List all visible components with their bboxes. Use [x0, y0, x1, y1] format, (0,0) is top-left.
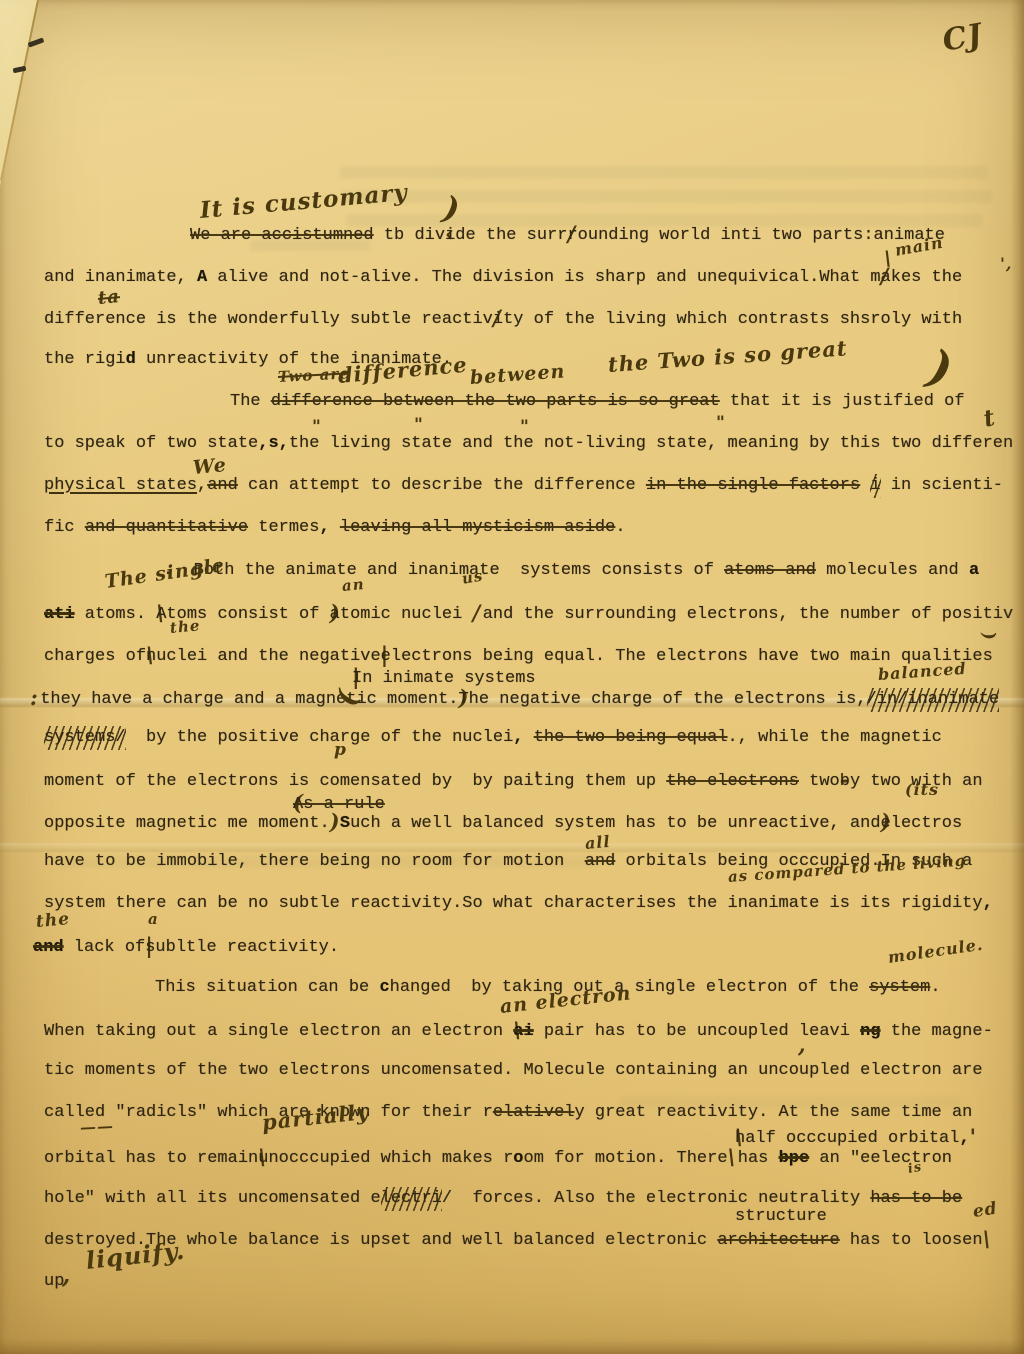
typed-line-17: opposite magnetic me moment.) Such a wel…: [44, 812, 962, 834]
typed-text: two: [799, 772, 840, 791]
handwritten-annotation: ,: [62, 1260, 71, 1289]
typed-line-22: When taking out a single electron an ele…: [44, 1020, 993, 1042]
typed-line-2: and inanimate, A alive and not-alive. Th…: [44, 266, 962, 288]
handwritten-annotation: the: [169, 616, 201, 637]
typed-text: in scienti-: [881, 476, 1003, 495]
handwritten-annotation: is: [907, 1160, 924, 1177]
typed-text: y great reactivity. At the same time an: [575, 1103, 973, 1122]
typed-text: The negative charge of the electrons is,: [458, 690, 866, 709]
typed-text: and: [585, 852, 616, 871]
typed-line-27: hole" with all its uncomensated electri/…: [44, 1189, 962, 1209]
typed-text: ai: [513, 1022, 533, 1041]
typed-text: om for motion. There: [524, 1149, 728, 1168]
typed-line-12: |In inimate systems: [352, 667, 536, 689]
typed-text: ,: [319, 518, 329, 537]
handwritten-annotation: ": [414, 415, 424, 435]
handwritten-annotation: \: [884, 246, 892, 270]
typed-text: c: [379, 978, 389, 997]
bleed-through-text: [340, 166, 988, 179]
typed-text: molecules and: [816, 561, 969, 580]
typed-line-7: physical states,and can attempt to descr…: [44, 476, 1003, 496]
typed-text: an "eelectron: [809, 1149, 952, 1168]
typed-line-25: \half occcupied orbital,': [735, 1127, 970, 1149]
typed-text: /in/inanimate: [867, 690, 1000, 710]
handwritten-annotation: ): [923, 339, 959, 397]
typed-text: akes the: [881, 268, 963, 287]
typed-text: elativel: [493, 1103, 575, 1122]
typed-text: S: [340, 814, 350, 833]
typed-text: i: [870, 476, 880, 496]
typed-text: architecture: [717, 1231, 839, 1250]
handwritten-annotation: ": [312, 417, 322, 437]
typed-text: ., while the magnetic: [728, 728, 942, 747]
typed-text: has to be: [870, 1189, 962, 1208]
typed-text: atoms.: [75, 605, 157, 624]
typed-text: the magne-: [881, 1022, 993, 1041]
typed-text: half occcupied orbital: [735, 1129, 959, 1148]
handwritten-annotation: the: [35, 909, 71, 932]
typed-text: has: [728, 1149, 779, 1168]
handwritten-annotation: ——: [80, 1116, 115, 1137]
handwritten-annotation: t: [981, 404, 998, 433]
handwritten-annotation: ta: [97, 286, 121, 309]
typed-text: alive and not-alive. The division is sha…: [207, 268, 880, 287]
typed-text: bpe: [779, 1149, 810, 1168]
typed-line-8: fic and quantitative termes, leaving all…: [44, 518, 626, 538]
typed-text: When taking out a single electron an ele…: [44, 1022, 513, 1041]
typed-text: . Both the animate and inanimate systems…: [163, 561, 724, 580]
typed-text: to speak of two state: [44, 434, 258, 453]
typed-text: has to loosen: [840, 1231, 983, 1250]
typed-text: leaving all mysticism aside: [340, 518, 615, 537]
typed-text: ,: [513, 728, 523, 747]
typed-line-11: charges of\nuclei and the negative|elect…: [44, 645, 993, 667]
typed-text: and inanimate,: [44, 268, 197, 287]
typed-text: In inimate systems: [352, 669, 536, 688]
typed-text: atomic nuclei: [330, 605, 473, 624]
typed-text: unocccupied which makes r: [258, 1149, 513, 1168]
typed-text: ,: [197, 476, 207, 495]
typed-line-6: to speak of two state,s,the living state…: [44, 434, 1013, 454]
typed-text: [330, 814, 340, 833]
typed-text: [860, 476, 870, 495]
typed-line-19: system there can be no subtle reactivity…: [44, 894, 993, 914]
typed-text: ting them up: [534, 772, 667, 791]
typed-text: nuclei and the negative: [146, 647, 381, 666]
typed-text: a: [969, 561, 979, 580]
corner-mark: CJ: [940, 17, 986, 58]
typed-text: lack of: [64, 938, 146, 957]
typed-text: rounding world inti two parts:animate: [567, 226, 944, 245]
manuscript-page: We are accistumned tb div‹ide the surr/r…: [0, 0, 1024, 1354]
typed-line-13: : they have a charge and a magnetic mome…: [30, 688, 999, 710]
typed-text: ity of the living which contrasts shsrol…: [493, 310, 962, 329]
typed-text: lectri: [381, 1189, 442, 1209]
typed-text: systems/: [44, 728, 126, 748]
handwritten-annotation: between: [469, 360, 566, 389]
typed-text: they have a charge and a magnetic moment…: [30, 690, 458, 709]
typed-text: / forces. Also the electronic neutrality: [442, 1189, 870, 1208]
handwritten-annotation: all: [584, 832, 611, 853]
typed-text: .: [615, 518, 625, 537]
typed-text: o: [513, 1149, 523, 1168]
typed-text: the rigi: [44, 350, 126, 369]
typed-text: ati: [44, 605, 75, 624]
typed-line-14: systems/ by the positive charge of the n…: [44, 728, 942, 748]
typed-text: structure: [735, 1207, 827, 1226]
typed-text: difference is the wonderfully subtle rea…: [44, 310, 493, 329]
handwritten-annotation: molecule.: [887, 935, 985, 967]
handwritten-annotation: ed: [972, 1199, 999, 1222]
typed-text: ,s,: [258, 434, 289, 453]
handwritten-annotation: We: [192, 454, 228, 479]
typed-line-15: moment of the electrons is comensated by…: [44, 770, 983, 792]
typed-text: subltle reactivity.: [145, 938, 339, 957]
typed-text: have to be immobile, there being no room…: [44, 852, 585, 871]
typed-text: charges of: [44, 647, 146, 666]
typed-text: the living state and the not-living stat…: [289, 434, 1013, 453]
typed-text: .: [930, 978, 940, 997]
typed-text: orbital has to remain: [44, 1149, 258, 1168]
typed-text: that it is justified of: [720, 392, 965, 411]
typed-text: [524, 728, 534, 747]
typed-line-1: We are accistumned tb div‹ide the surr/r…: [190, 224, 945, 246]
typed-text: electros: [881, 814, 963, 833]
typed-text: The: [230, 392, 271, 411]
typed-text: ,: [983, 894, 993, 913]
typed-line-28: structure: [735, 1207, 827, 1227]
typed-text: ng: [860, 1022, 880, 1041]
typed-text: physical states: [44, 476, 197, 495]
typed-line-20: and lack of|subltle reactivity.: [33, 936, 339, 958]
typed-text: uch a well balanced system has to be unr…: [350, 814, 881, 833]
typed-text: [330, 518, 340, 537]
typed-text: We are accistumned: [190, 226, 374, 245]
typed-text: tic moments of the two electrons uncomen…: [44, 1061, 983, 1080]
typed-text: and: [33, 938, 64, 957]
handwritten-annotation: ): [978, 630, 999, 642]
handwritten-annotation: the Two is so great: [607, 335, 848, 377]
typed-line-23: tic moments of the two electrons uncomen…: [44, 1061, 983, 1081]
typed-line-9: . Both the animate and inanimate systems…: [163, 561, 979, 581]
typed-line-29: destroyed.The whole balance is upset and…: [44, 1229, 983, 1251]
handwritten-annotation: an: [341, 575, 365, 595]
typed-text: and quantitative: [85, 518, 248, 537]
typed-text: can attempt to describe the difference: [238, 476, 646, 495]
typed-text: d: [126, 350, 136, 369]
bleed-through-text: [342, 190, 992, 203]
handwritten-annotation: ,: [798, 1032, 807, 1058]
typed-text: moment of the electrons is comensated by…: [44, 772, 534, 791]
typed-text: fic: [44, 518, 85, 537]
handwritten-annotation: a: [148, 910, 159, 928]
typed-text: the two being equal: [534, 728, 728, 747]
horizontal-crease: [0, 843, 1024, 852]
typed-text: opposite magnetic me moment.: [44, 814, 330, 833]
handwritten-annotation: us: [460, 566, 484, 587]
page-edge-shadow: [1010, 0, 1024, 1354]
typed-text: ide the surr: [445, 226, 567, 245]
handwritten-annotation: ": [520, 417, 530, 437]
typed-text: system there can be no subtle reactivity…: [44, 894, 983, 913]
typed-text: by the positive charge of the nuclei: [126, 728, 514, 747]
handwritten-annotation: (its: [905, 780, 939, 799]
handwritten-annotation: p: [334, 740, 347, 760]
typed-text: difference between the two parts is so g…: [271, 392, 720, 411]
typed-text: atoms and: [724, 561, 816, 580]
typed-text: pair has to be uncoupled leavi: [534, 1022, 860, 1041]
typed-text: This situation can be: [155, 978, 379, 997]
typed-text: hole" with all its uncomensated e: [44, 1189, 381, 1208]
handwritten-annotation: ',: [1000, 254, 1012, 273]
typed-text: in the single factors: [646, 476, 860, 495]
typed-line-3: difference is the wonderfully subtle rea…: [44, 308, 962, 330]
page-edge-shadow: [0, 1338, 1024, 1354]
typed-text: tb div: [374, 226, 445, 245]
handwritten-annotation: ": [716, 413, 726, 433]
typed-text: termes: [248, 518, 319, 537]
typed-line-5: The difference between the two parts is …: [230, 392, 965, 412]
typed-text: the electrons: [666, 772, 799, 791]
typed-line-26: orbital has to remain\unocccupied which …: [44, 1147, 952, 1169]
typed-text: ,: [959, 1129, 969, 1148]
typed-text: and the surrounding electrons, the numbe…: [473, 605, 1014, 624]
typed-text: A: [197, 268, 207, 287]
typed-text: system: [869, 978, 930, 997]
typed-text: and: [207, 476, 238, 495]
typed-line-24: called "radicls" which are known for the…: [44, 1103, 972, 1123]
